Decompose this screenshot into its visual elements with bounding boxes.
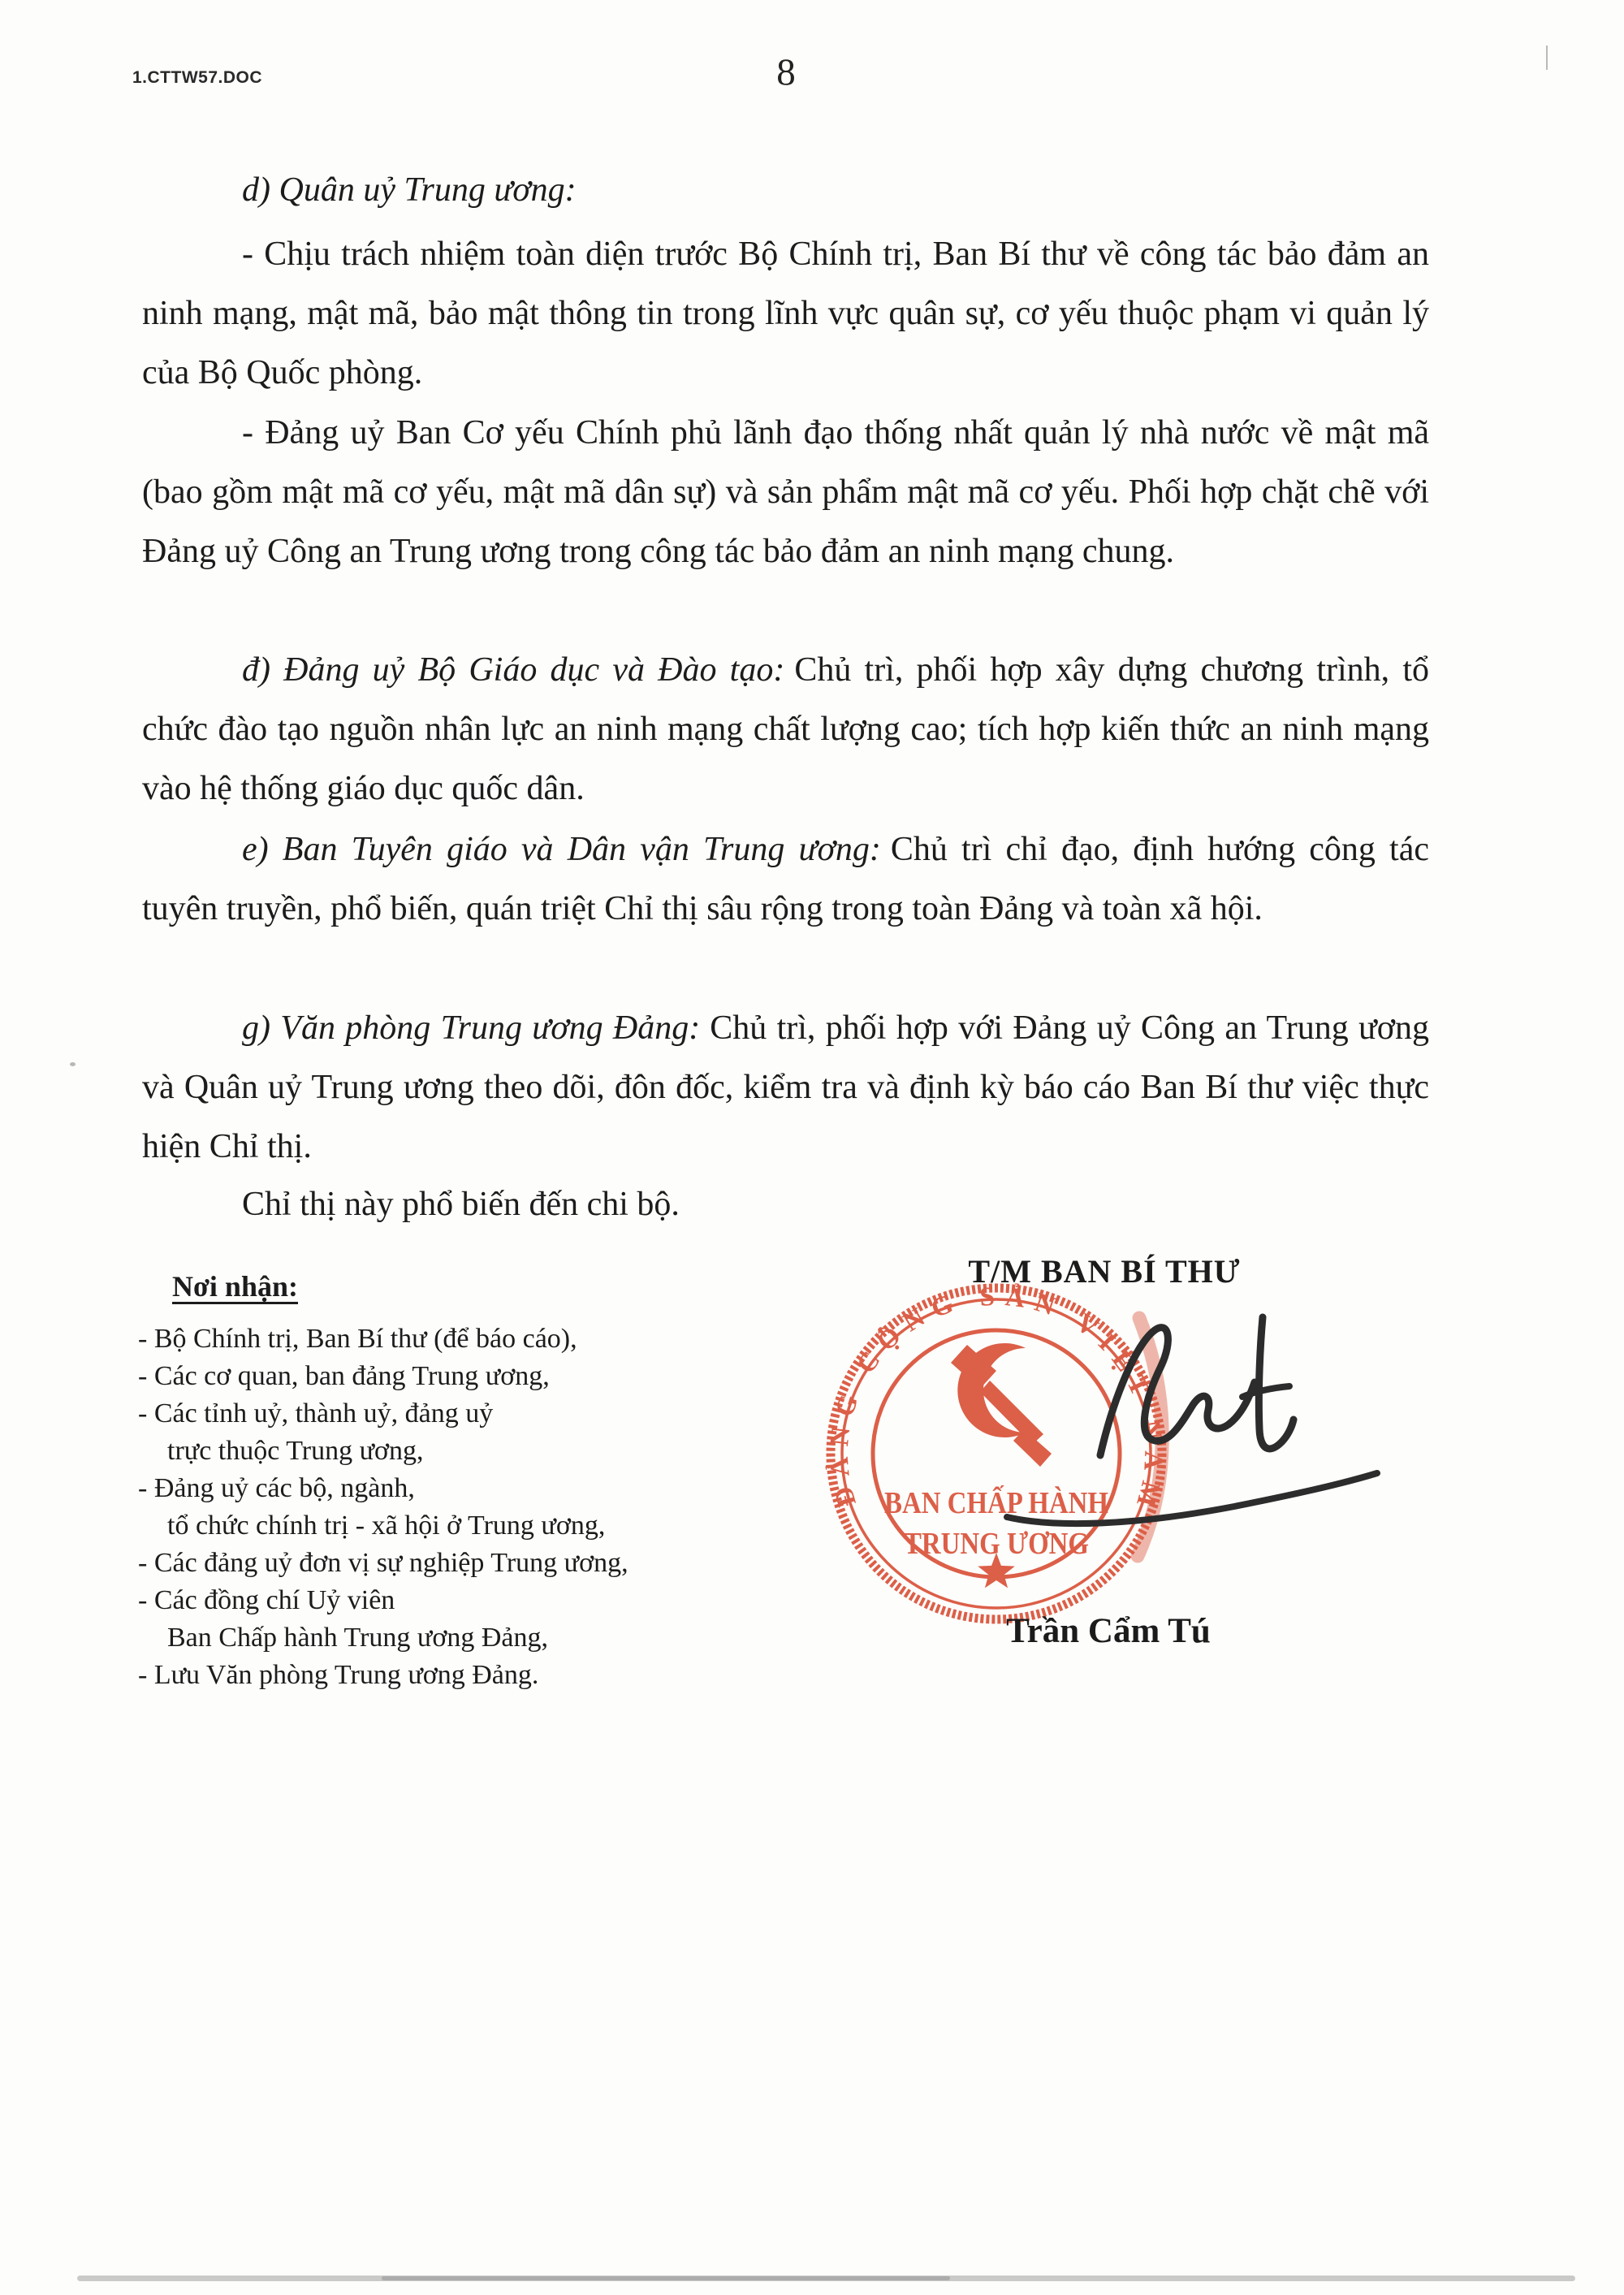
paragraph-lead: d) Quân uỷ Trung ương:: [242, 171, 577, 209]
recipient-item-continuation: trực thuộc Trung ương,: [138, 1433, 836, 1470]
scan-artifact-left-dot: [70, 1062, 76, 1066]
document-page: 1.CTTW57.DOC 8 d) Quân uỷ Trung ương: - …: [0, 0, 1624, 2295]
paragraph-lead: đ) Đảng uỷ Bộ Giáo dục và Đào tạo:: [242, 651, 784, 689]
paragraph-lead: e) Ban Tuyên giáo và Dân vận Trung ương:: [242, 831, 881, 868]
signer-name: Trần Cẩm Tú: [905, 1611, 1311, 1651]
recipient-item-continuation: tổ chức chính trị - xã hội ở Trung ương,: [138, 1507, 836, 1545]
page-number: 8: [762, 50, 810, 94]
recipient-item-continuation: Ban Chấp hành Trung ương Đảng,: [138, 1619, 836, 1657]
paragraph-text: Chỉ thị này phổ biến đến chi bộ.: [242, 1186, 680, 1223]
paragraph-quan-uy-1: - Chịu trách nhiệm toàn diện trước Bộ Ch…: [142, 225, 1429, 403]
paragraph-e-tuyen-giao: e) Ban Tuyên giáo và Dân vận Trung ương:…: [142, 820, 1429, 939]
paragraph-lead: g) Văn phòng Trung ương Đảng:: [242, 1009, 700, 1047]
signature: [893, 1267, 1421, 1592]
recipient-item: - Đảng uỷ các bộ, ngành,: [138, 1470, 836, 1507]
paragraph-text: - Đảng uỷ Ban Cơ yếu Chính phủ lãnh đạo …: [142, 414, 1429, 570]
recipients-title: Nơi nhận:: [172, 1269, 298, 1303]
recipient-item: - Các tỉnh uỷ, thành uỷ, đảng uỷ: [138, 1395, 836, 1433]
recipient-item: - Lưu Văn phòng Trung ương Đảng.: [138, 1657, 836, 1694]
recipient-item: - Bộ Chính trị, Ban Bí thư (để báo cáo),: [138, 1320, 836, 1358]
recipient-item: - Các đảng uỷ đơn vị sự nghiệp Trung ươn…: [138, 1545, 836, 1582]
scan-artifact-bottom-line-dark: [382, 2276, 950, 2280]
paragraph-text: - Chịu trách nhiệm toàn diện trước Bộ Ch…: [142, 236, 1429, 391]
paragraph-quan-uy-2: - Đảng uỷ Ban Cơ yếu Chính phủ lãnh đạo …: [142, 404, 1429, 581]
recipient-item: - Các cơ quan, ban đảng Trung ương,: [138, 1358, 836, 1395]
recipient-item: - Các đồng chí Uỷ viên: [138, 1582, 836, 1619]
scan-artifact-top-right-tick: [1546, 45, 1548, 70]
paragraph-dd-giao-duc: đ) Đảng uỷ Bộ Giáo dục và Đào tạo:Chủ tr…: [142, 641, 1429, 819]
recipients-list: - Bộ Chính trị, Ban Bí thư (để báo cáo),…: [138, 1320, 836, 1694]
document-file-label: 1.CTTW57.DOC: [132, 68, 262, 88]
paragraph-pho-bien: Chỉ thị này phổ biến đến chi bộ.: [142, 1175, 1429, 1234]
paragraph-g-van-phong: g) Văn phòng Trung ương Đảng:Chủ trì, ph…: [142, 999, 1429, 1177]
paragraph-d-heading: d) Quân uỷ Trung ương:: [142, 161, 1429, 220]
